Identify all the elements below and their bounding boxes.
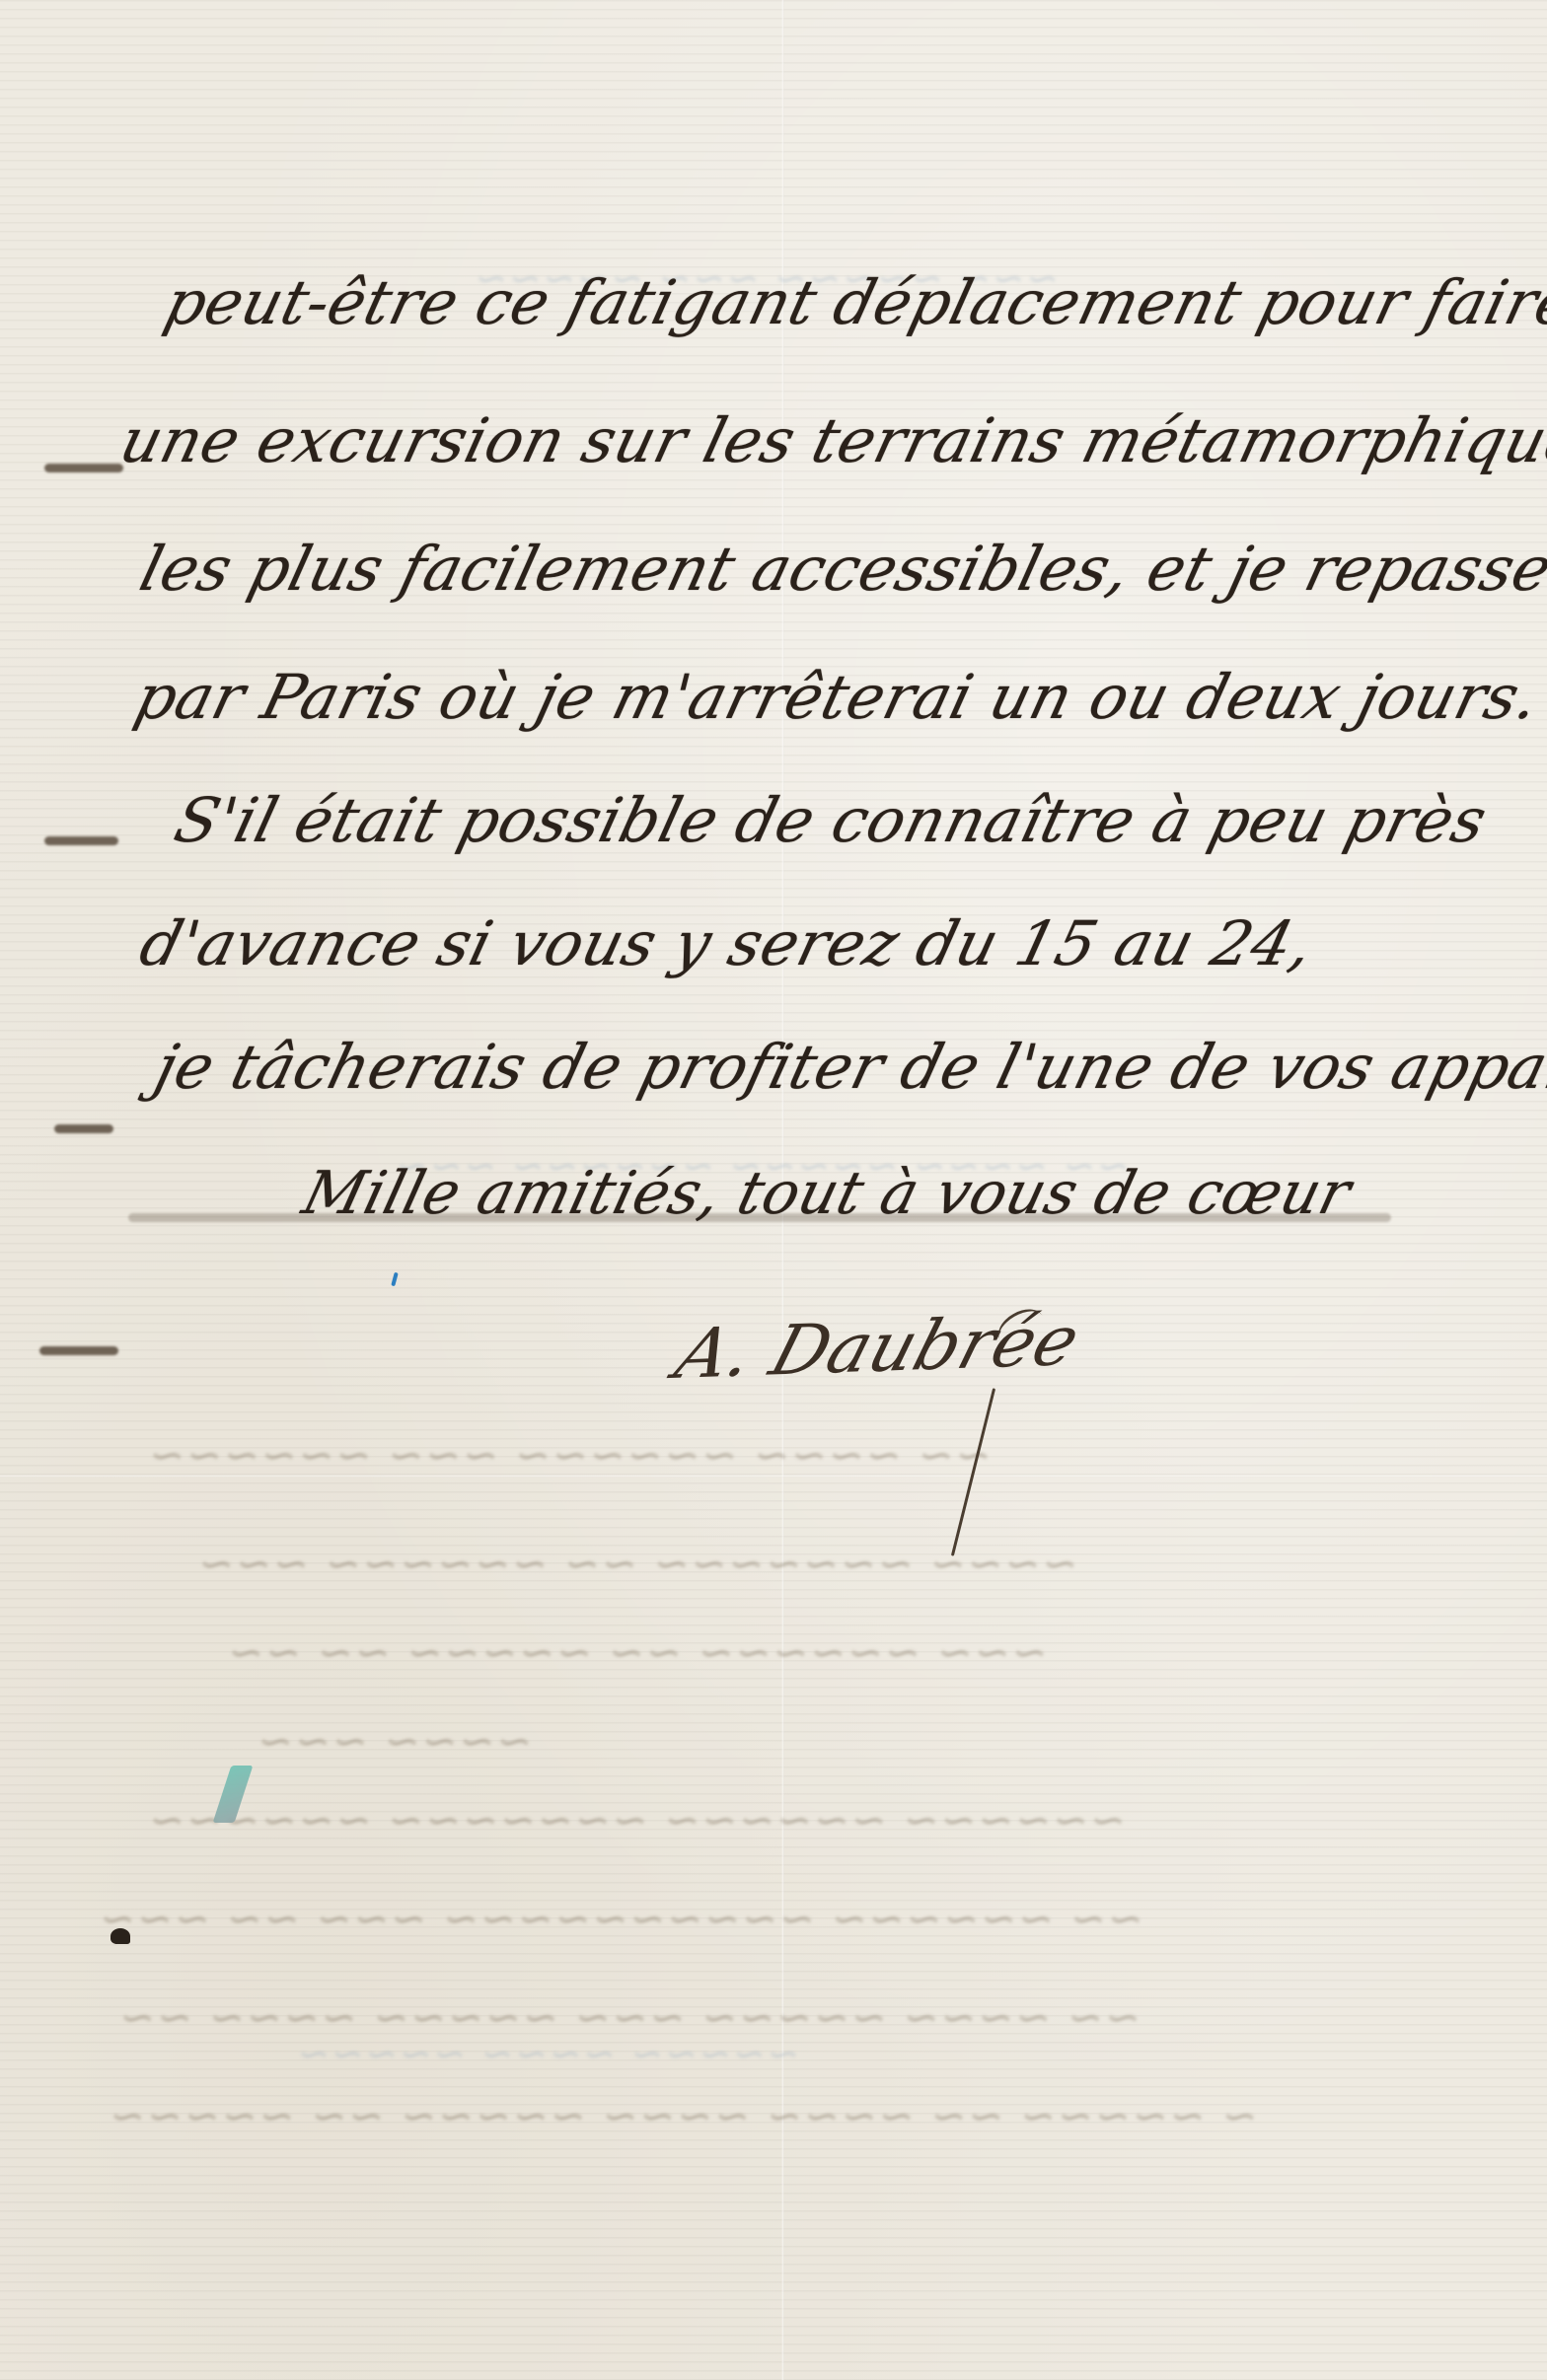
- bleed-through-text: ~~ ~~~~~~ ~~~~~~~~~~ ~~~ ~~ ~~~: [93, 1894, 1150, 1944]
- margin-ink-mark: [44, 464, 123, 472]
- bleed-through-text: ~~ ~~~~ ~~~~~~ ~~~ ~~~~~~: [142, 1430, 998, 1480]
- letter-line-1: peut-être ce fatigant déplacement pour f…: [158, 266, 1547, 338]
- bleed-through-text: ~~~~~~ ~~~~~~ ~~~~~~~ ~~~~~~: [142, 1795, 1133, 1845]
- margin-ink-mark: [44, 836, 118, 845]
- margin-ink-mark: [39, 1346, 118, 1355]
- letter-page: ~~ ~~~~ ~~~~~~ ~~~ ~~~~~~ ~~~~ ~~~~~~~ ~…: [0, 0, 1547, 2380]
- bleed-through-text: ~~~~ ~~~: [251, 1716, 540, 1767]
- letter-line-4: par Paris où je m'arrêterai un ou deux j…: [128, 661, 1547, 733]
- letter-line-2: une excursion sur les terrains métamorph…: [113, 404, 1547, 476]
- bleed-through-text: ~~~~~ ~~~~ ~~~~~: [290, 2032, 805, 2077]
- bleed-through-text: ~~~~ ~~~~~~~ ~~ ~~~~~~ ~~~: [191, 1539, 1085, 1589]
- closing-salutation: Mille amitiés, tout à vous de cœur: [296, 1159, 1358, 1228]
- margin-ink-mark: [54, 1124, 113, 1133]
- letter-line-3: les plus facilement accessibles, et je r…: [133, 533, 1547, 605]
- blue-ink-fleck: [391, 1272, 398, 1287]
- letter-line-7: je tâcherais de profiter de l'une de vos…: [148, 1031, 1547, 1103]
- ink-blot: [110, 1928, 130, 1944]
- letter-line-5: S'il était possible de connaître à peu p…: [168, 784, 1494, 856]
- bleed-through-text: ~~~ ~~~~~~ ~~ ~~~~~ ~~ ~~: [221, 1627, 1055, 1678]
- letter-line-6: d'avance si vous y serez du 15 au 24,: [133, 907, 1321, 979]
- bleed-through-text: ~ ~~~~~ ~~ ~~~~ ~~~~ ~~~~~ ~~ ~~~~~: [103, 2091, 1265, 2141]
